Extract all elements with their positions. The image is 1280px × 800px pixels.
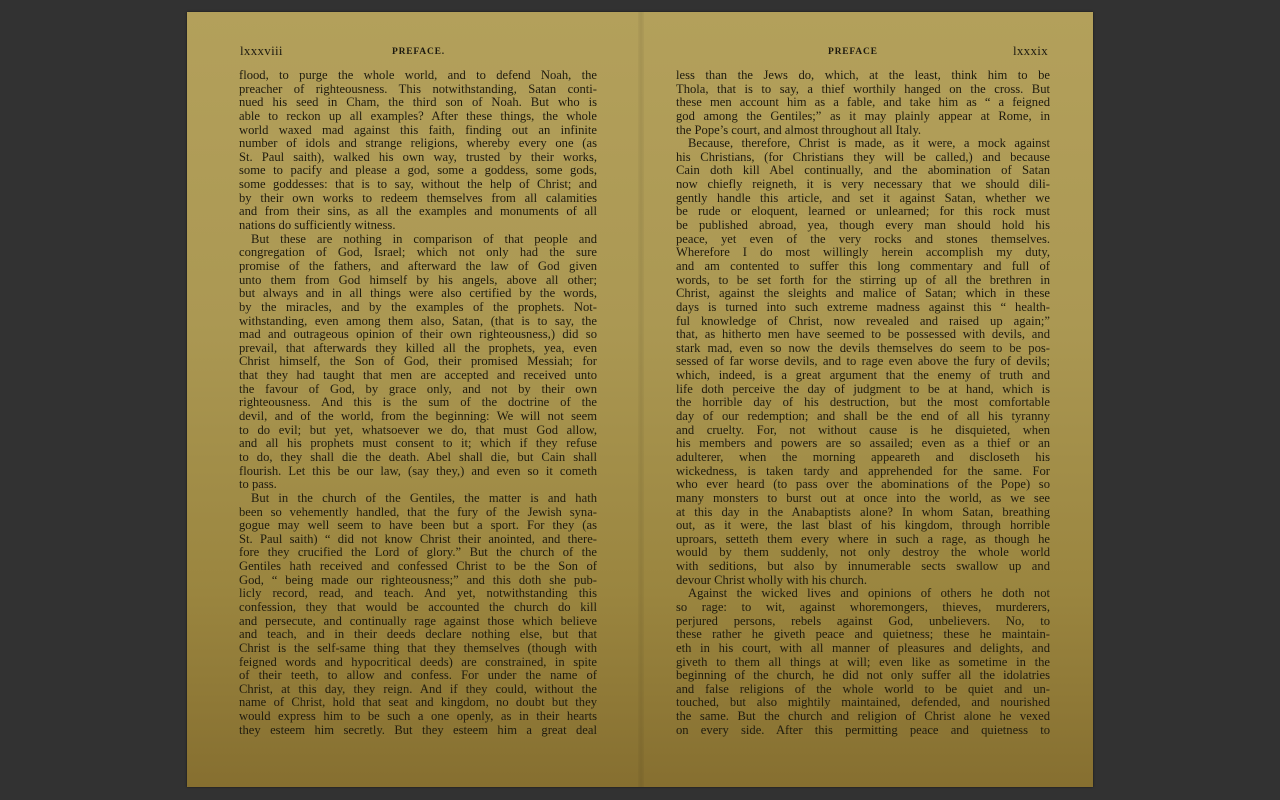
text-line: words, to be set forth for the stirring …	[676, 274, 1050, 288]
text-line: and persecute, and continually rage agai…	[239, 615, 597, 629]
text-line: world waxed mad against this faith, find…	[239, 124, 597, 138]
text-line: prevail, that afterwards they killed all…	[239, 342, 597, 356]
text-line: Christ, against the sleights and malice …	[676, 287, 1050, 301]
text-line: devour Christ wholly with his church.	[676, 574, 1050, 588]
text-line: Christ, at this day, they reign. And if …	[239, 683, 597, 697]
text-line: peace, yet even of the very rocks and st…	[676, 233, 1050, 247]
text-line: be rude or eloquent, learned or unlearne…	[676, 205, 1050, 219]
right-page-text: less than the Jews do, which, at the lea…	[676, 69, 1050, 737]
right-page-number: lxxxix	[1013, 43, 1048, 59]
text-line: at this day in the Anabaptists alone? In…	[676, 506, 1050, 520]
text-line: who ever heard (to pass over the abomina…	[676, 478, 1050, 492]
text-line: so rage: to wit, against whoremongers, t…	[676, 601, 1050, 615]
text-line: that they had taught that men are accept…	[239, 369, 597, 383]
text-line: flourish. Let this be our law, (say they…	[239, 465, 597, 479]
text-line: wickedness, is taken tardy and apprehend…	[676, 465, 1050, 479]
text-line: But these are nothing in comparison of t…	[239, 233, 597, 247]
text-line: would by them suddenly, not only destroy…	[676, 546, 1050, 560]
text-line: flood, to purge the whole world, and to …	[239, 69, 597, 83]
document-viewer: lxxxviii PREFACE. flood, to purge the wh…	[0, 0, 1280, 800]
text-line: some goddesses: that is to say, without …	[239, 178, 597, 192]
text-line: Christ is the self-same thing that they …	[239, 642, 597, 656]
text-line: and all his prophets must consent to it;…	[239, 437, 597, 451]
text-line: touched, but also mightily maintained, d…	[676, 696, 1050, 710]
right-running-title: PREFACE	[828, 47, 878, 57]
text-line: that, as hitherto men have seemed to be …	[676, 328, 1050, 342]
text-line: and false religions of the whole world t…	[676, 683, 1050, 697]
text-line: with seditions, but also by innumerable …	[676, 560, 1050, 574]
text-line: which, indeed, is a great argument that …	[676, 369, 1050, 383]
text-line: adulterer, when the morning appeareth an…	[676, 451, 1050, 465]
text-line: some to pacify and please a god, some a …	[239, 164, 597, 178]
text-line: God, “ being made our righteousness;” an…	[239, 574, 597, 588]
text-line: Cain doth kill Abel continually, and the…	[676, 164, 1050, 178]
text-line: by their own works to redeem themselves …	[239, 192, 597, 206]
book-spread: lxxxviii PREFACE. flood, to purge the wh…	[187, 12, 1093, 787]
text-line: Christ himself, the Son of God, their pr…	[239, 355, 597, 369]
text-line: uproars, setteth them every where in suc…	[676, 533, 1050, 547]
right-page: PREFACE lxxxix less than the Jews do, wh…	[644, 12, 1093, 787]
text-line: nued his seed in Cham, the third son of …	[239, 96, 597, 110]
text-line: they esteem him secretly. But they estee…	[239, 724, 597, 738]
text-line: less than the Jews do, which, at the lea…	[676, 69, 1050, 83]
text-line: and cruelty. For, not without cause is h…	[676, 424, 1050, 438]
text-line: days is turned into such extreme madness…	[676, 301, 1050, 315]
text-line: but always and in all things were also c…	[239, 287, 597, 301]
text-line: preacher of righteousness. This notwiths…	[239, 83, 597, 97]
text-line: stark mad, even so now the devils themse…	[676, 342, 1050, 356]
left-running-head: lxxxviii PREFACE.	[240, 45, 597, 61]
text-line: be published abroad, yea, though every m…	[676, 219, 1050, 233]
text-line: St. Paul saith) “ did not know Christ th…	[239, 533, 597, 547]
text-line: eth in his court, with all manner of ple…	[676, 642, 1050, 656]
left-page: lxxxviii PREFACE. flood, to purge the wh…	[187, 12, 638, 787]
text-line: licly record, read, and teach. And yet, …	[239, 587, 597, 601]
text-line: god among the Gentiles;” as it may plain…	[676, 110, 1050, 124]
text-line: to do evil; but yet, whatsoever we do, t…	[239, 424, 597, 438]
text-line: devil, and of the world, from the beginn…	[239, 410, 597, 424]
left-page-text: flood, to purge the whole world, and to …	[239, 69, 597, 737]
text-line: perjured persons, rebels against God, un…	[676, 615, 1050, 629]
text-line: confession, they that would be accounted…	[239, 601, 597, 615]
text-line: able to reckon up all examples? After th…	[239, 110, 597, 124]
text-line: and am contented to suffer this long com…	[676, 260, 1050, 274]
text-line: these rather he giveth peace and quietne…	[676, 628, 1050, 642]
text-line: the Pope’s court, and almost throughout …	[676, 124, 1050, 138]
text-line: fore they crucified the Lord of glory.” …	[239, 546, 597, 560]
text-line: ful knowledge of Christ, now revealed an…	[676, 315, 1050, 329]
text-line: day of our redemption; and shall be the …	[676, 410, 1050, 424]
text-line: these men account him as a fable, and ta…	[676, 96, 1050, 110]
text-line: would express him to be such a one openl…	[239, 710, 597, 724]
left-page-number: lxxxviii	[240, 43, 283, 59]
text-line: unto them from God himself by his angels…	[239, 274, 597, 288]
text-line: name of Christ, hold that seat and kingd…	[239, 696, 597, 710]
text-line: number of idols and strange religions, w…	[239, 137, 597, 151]
text-line: Against the wicked lives and opinions of…	[676, 587, 1050, 601]
text-line: his Christians, (for Christians they wil…	[676, 151, 1050, 165]
text-line: by the miracles, and by the examples of …	[239, 301, 597, 315]
text-line: But in the church of the Gentiles, the m…	[239, 492, 597, 506]
text-line: the horrible day of his destruction, but…	[676, 396, 1050, 410]
text-line: St. Paul saith), walked his own way, tru…	[239, 151, 597, 165]
text-line: on every side. After this permitting pea…	[676, 724, 1050, 738]
right-running-head: PREFACE lxxxix	[667, 45, 1048, 61]
text-line: been so vehemently handled, that the fur…	[239, 506, 597, 520]
text-line: righteousness. And this is the sum of th…	[239, 396, 597, 410]
text-line: Because, therefore, Christ is made, as i…	[676, 137, 1050, 151]
text-line: to do, they shall die the death. Abel sh…	[239, 451, 597, 465]
text-line: gently handle this article, and set it a…	[676, 192, 1050, 206]
text-line: and from their sins, as all the examples…	[239, 205, 597, 219]
text-line: promise of the fathers, and afterward th…	[239, 260, 597, 274]
text-line: and teach, and in their deeds declare no…	[239, 628, 597, 642]
text-line: the favour of God, by grace only, and no…	[239, 383, 597, 397]
left-running-title: PREFACE.	[392, 47, 445, 57]
text-line: many monsters to burst out at once into …	[676, 492, 1050, 506]
text-line: giveth to them all things at will; even …	[676, 656, 1050, 670]
text-line: out, as it were, the last blast of his k…	[676, 519, 1050, 533]
text-line: beginning of the church, he did not only…	[676, 669, 1050, 683]
text-line: his members and powers are so assailed; …	[676, 437, 1050, 451]
text-line: now chiefly reigneth, it is very necessa…	[676, 178, 1050, 192]
text-line: Thola, that is to say, a thief worthily …	[676, 83, 1050, 97]
text-line: Gentiles hath received and confessed Chr…	[239, 560, 597, 574]
text-line: gogue may well seem to have been but a s…	[239, 519, 597, 533]
text-line: to pass.	[239, 478, 597, 492]
text-line: sessed of far worse devils, and to rage …	[676, 355, 1050, 369]
text-line: nations do sufficiently witness.	[239, 219, 597, 233]
text-line: Wherefore I do most willingly herein acc…	[676, 246, 1050, 260]
text-line: life doth perceive the day of judgment t…	[676, 383, 1050, 397]
text-line: withstanding, even among them also, Sata…	[239, 315, 597, 329]
text-line: feigned words and hypocritical deeds) ar…	[239, 656, 597, 670]
text-line: the same. But the church and religion of…	[676, 710, 1050, 724]
text-line: of their teeth, to allow and confess. Fo…	[239, 669, 597, 683]
text-line: congregation of God, Israel; which not o…	[239, 246, 597, 260]
text-line: mad and outrageous opinion of their own …	[239, 328, 597, 342]
